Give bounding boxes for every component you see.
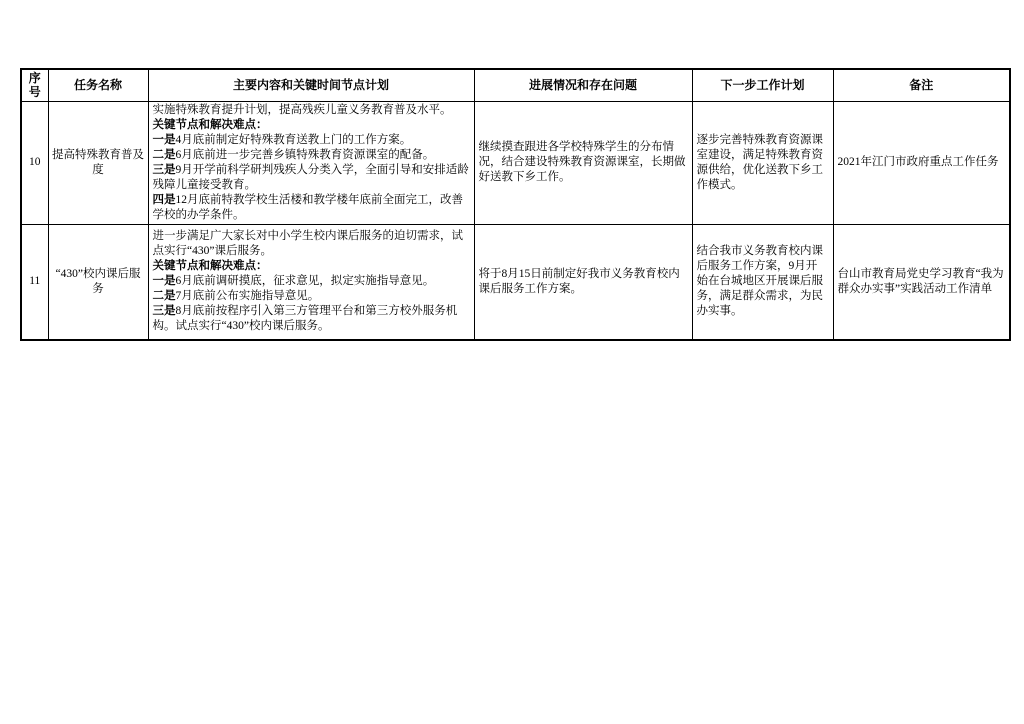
cell-serial-number: 10 — [21, 101, 48, 224]
content-line-bold: 三是 — [153, 305, 176, 317]
content-line: 实施特殊教育提升计划，提高残疾儿童义务教育普及水平。 — [153, 103, 470, 118]
content-line-text: 6月底前调研摸底，征求意见，拟定实施指导意见。 — [176, 275, 435, 287]
cell-task-name: 提高特殊教育普及度 — [48, 101, 148, 224]
content-line-bold: 四是 — [153, 194, 176, 206]
cell-main-content: 进一步满足广大家长对中小学生校内课后服务的迫切需求，试点实行“430”课后服务。… — [148, 224, 474, 340]
header-progress: 进展情况和存在问题 — [474, 69, 692, 101]
header-task-name: 任务名称 — [48, 69, 148, 101]
content-line: 四是12月底前特教学校生活楼和教学楼年底前全面完工，改善学校的办学条件。 — [153, 193, 470, 223]
content-line: 二是7月底前公布实施指导意见。 — [153, 289, 470, 304]
content-line: 一是6月底前调研摸底，征求意见，拟定实施指导意见。 — [153, 274, 470, 289]
header-next-plan: 下一步工作计划 — [692, 69, 833, 101]
document-page: 序号 任务名称 主要内容和关键时间节点计划 进展情况和存在问题 下一步工作计划 … — [0, 0, 1024, 724]
header-serial-number: 序号 — [21, 69, 48, 101]
cell-remarks: 2021年江门市政府重点工作任务 — [833, 101, 1010, 224]
content-line-bold: 二是 — [153, 149, 176, 161]
content-line: 一是4月底前制定好特殊教育送教上门的工作方案。 — [153, 133, 470, 148]
content-line: 二是6月底前进一步完善乡镇特殊教育资源课室的配备。 — [153, 148, 470, 163]
cell-next-plan: 逐步完善特殊教育资源课室建设，满足特殊教育资源供给，优化送教下乡工作模式。 — [692, 101, 833, 224]
content-line-text: 7月底前公布实施指导意见。 — [176, 290, 320, 302]
cell-progress: 将于8月15日前制定好我市义务教育校内课后服务工作方案。 — [474, 224, 692, 340]
cell-remarks: 台山市教育局党史学习教育“我为群众办实事”实践活动工作清单 — [833, 224, 1010, 340]
cell-task-name: “430”校内课后服务 — [48, 224, 148, 340]
content-line: 三是8月底前按程序引入第三方管理平台和第三方校外服务机构。试点实行“430”校内… — [153, 304, 470, 334]
cell-progress: 继续摸查跟进各学校特殊学生的分布情况，结合建设特殊教育资源课室，长期做好送教下乡… — [474, 101, 692, 224]
table-row: 10 提高特殊教育普及度 实施特殊教育提升计划，提高残疾儿童义务教育普及水平。 … — [21, 101, 1010, 224]
content-line-bold: 关键节点和解决难点： — [153, 119, 268, 131]
content-line-text: 4月底前制定好特殊教育送教上门的工作方案。 — [176, 134, 412, 146]
content-line-bold: 三是 — [153, 164, 176, 176]
content-line-text: 6月底前进一步完善乡镇特殊教育资源课室的配备。 — [176, 149, 435, 161]
content-line-bold: 关键节点和解决难点： — [153, 260, 268, 272]
cell-serial-number: 11 — [21, 224, 48, 340]
cell-next-plan: 结合我市义务教育校内课后服务工作方案，9月开始在台城地区开展课后服务，满足群众需… — [692, 224, 833, 340]
cell-main-content: 实施特殊教育提升计划，提高残疾儿童义务教育普及水平。 关键节点和解决难点： 一是… — [148, 101, 474, 224]
header-row: 序号 任务名称 主要内容和关键时间节点计划 进展情况和存在问题 下一步工作计划 … — [21, 69, 1010, 101]
content-line: 进一步满足广大家长对中小学生校内课后服务的迫切需求，试点实行“430”课后服务。 — [153, 229, 470, 259]
content-line-text: 8月底前按程序引入第三方管理平台和第三方校外服务机构。试点实行“430”校内课后… — [153, 305, 458, 332]
content-line-text: 9月开学前科学研判残疾人分类入学，全面引导和安排适龄残障儿童接受教育。 — [153, 164, 469, 191]
content-line-text: 12月底前特教学校生活楼和教学楼年底前全面完工，改善学校的办学条件。 — [153, 194, 464, 221]
header-main-content: 主要内容和关键时间节点计划 — [148, 69, 474, 101]
content-line: 三是9月开学前科学研判残疾人分类入学，全面引导和安排适龄残障儿童接受教育。 — [153, 163, 470, 193]
content-line-text: 进一步满足广大家长对中小学生校内课后服务的迫切需求，试点实行“430”课后服务。 — [153, 230, 464, 257]
header-remarks: 备注 — [833, 69, 1010, 101]
content-line-bold: 一是 — [153, 275, 176, 287]
content-line-bold: 二是 — [153, 290, 176, 302]
task-table: 序号 任务名称 主要内容和关键时间节点计划 进展情况和存在问题 下一步工作计划 … — [20, 68, 1011, 341]
content-line-bold: 一是 — [153, 134, 176, 146]
content-line: 关键节点和解决难点： — [153, 118, 470, 133]
content-line-text: 实施特殊教育提升计划，提高残疾儿童义务教育普及水平。 — [153, 104, 452, 116]
content-line: 关键节点和解决难点： — [153, 259, 470, 274]
table-row: 11 “430”校内课后服务 进一步满足广大家长对中小学生校内课后服务的迫切需求… — [21, 224, 1010, 340]
